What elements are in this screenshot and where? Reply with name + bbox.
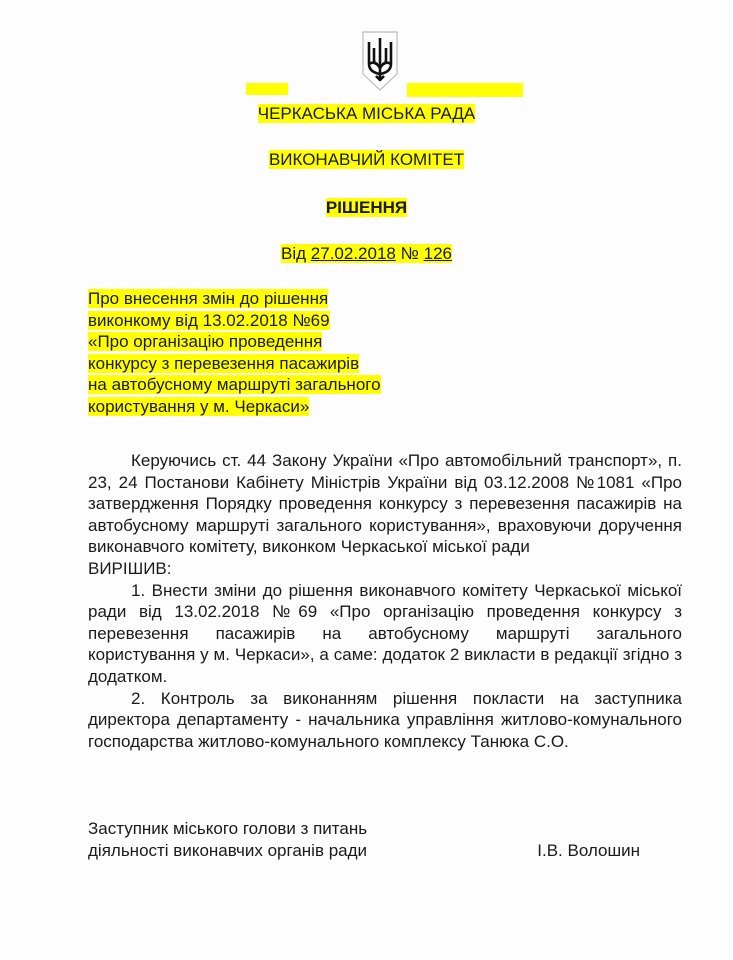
council-name: ЧЕРКАСЬКА МІСЬКА РАДА: [0, 103, 733, 125]
coat-of-arms-icon: [361, 30, 399, 92]
decision-number: 126: [424, 244, 452, 263]
subject-line: на автобусному маршруті загального: [88, 375, 381, 394]
decision-subject: Про внесення змін до рішення виконкому в…: [88, 288, 428, 418]
number-sign: №: [401, 244, 419, 263]
resolution-item-2: 2. Контроль за виконанням рішення поклас…: [88, 688, 682, 753]
resolved-heading: ВИРІШИВ:: [88, 558, 682, 580]
highlight-bar-right: [407, 83, 523, 97]
signatory-position-line2: діяльності виконавчих органів ради: [88, 840, 367, 862]
signatory-position-line1: Заступник міського голови з питань: [88, 818, 682, 840]
document-type: РІШЕННЯ: [0, 197, 733, 219]
preamble-paragraph: Керуючись ст. 44 Закону України «Про авт…: [88, 450, 682, 558]
subject-line: конкурсу з перевезення пасажирів: [88, 354, 359, 373]
decision-body: Керуючись ст. 44 Закону України «Про авт…: [88, 450, 682, 752]
subject-line: користування у м. Черкаси»: [88, 397, 309, 416]
signature-block: Заступник міського голови з питань діяль…: [88, 818, 682, 861]
signatory-name: І.В. Волошин: [537, 840, 640, 862]
subject-line: «Про організацію проведення: [88, 332, 322, 351]
decision-date-number: Від 27.02.2018 № 126: [0, 243, 733, 265]
decision-date: 27.02.2018: [311, 244, 396, 263]
date-prefix: Від: [281, 244, 306, 263]
subject-line: Про внесення змін до рішення: [88, 289, 328, 308]
subject-line: виконкому від 13.02.2018 №69: [88, 311, 330, 330]
committee-title: ВИКОНАВЧИЙ КОМІТЕТ: [0, 149, 733, 171]
highlight-bar-left: [246, 83, 288, 95]
resolution-item-1: 1. Внести зміни до рішення виконавчого к…: [88, 580, 682, 688]
